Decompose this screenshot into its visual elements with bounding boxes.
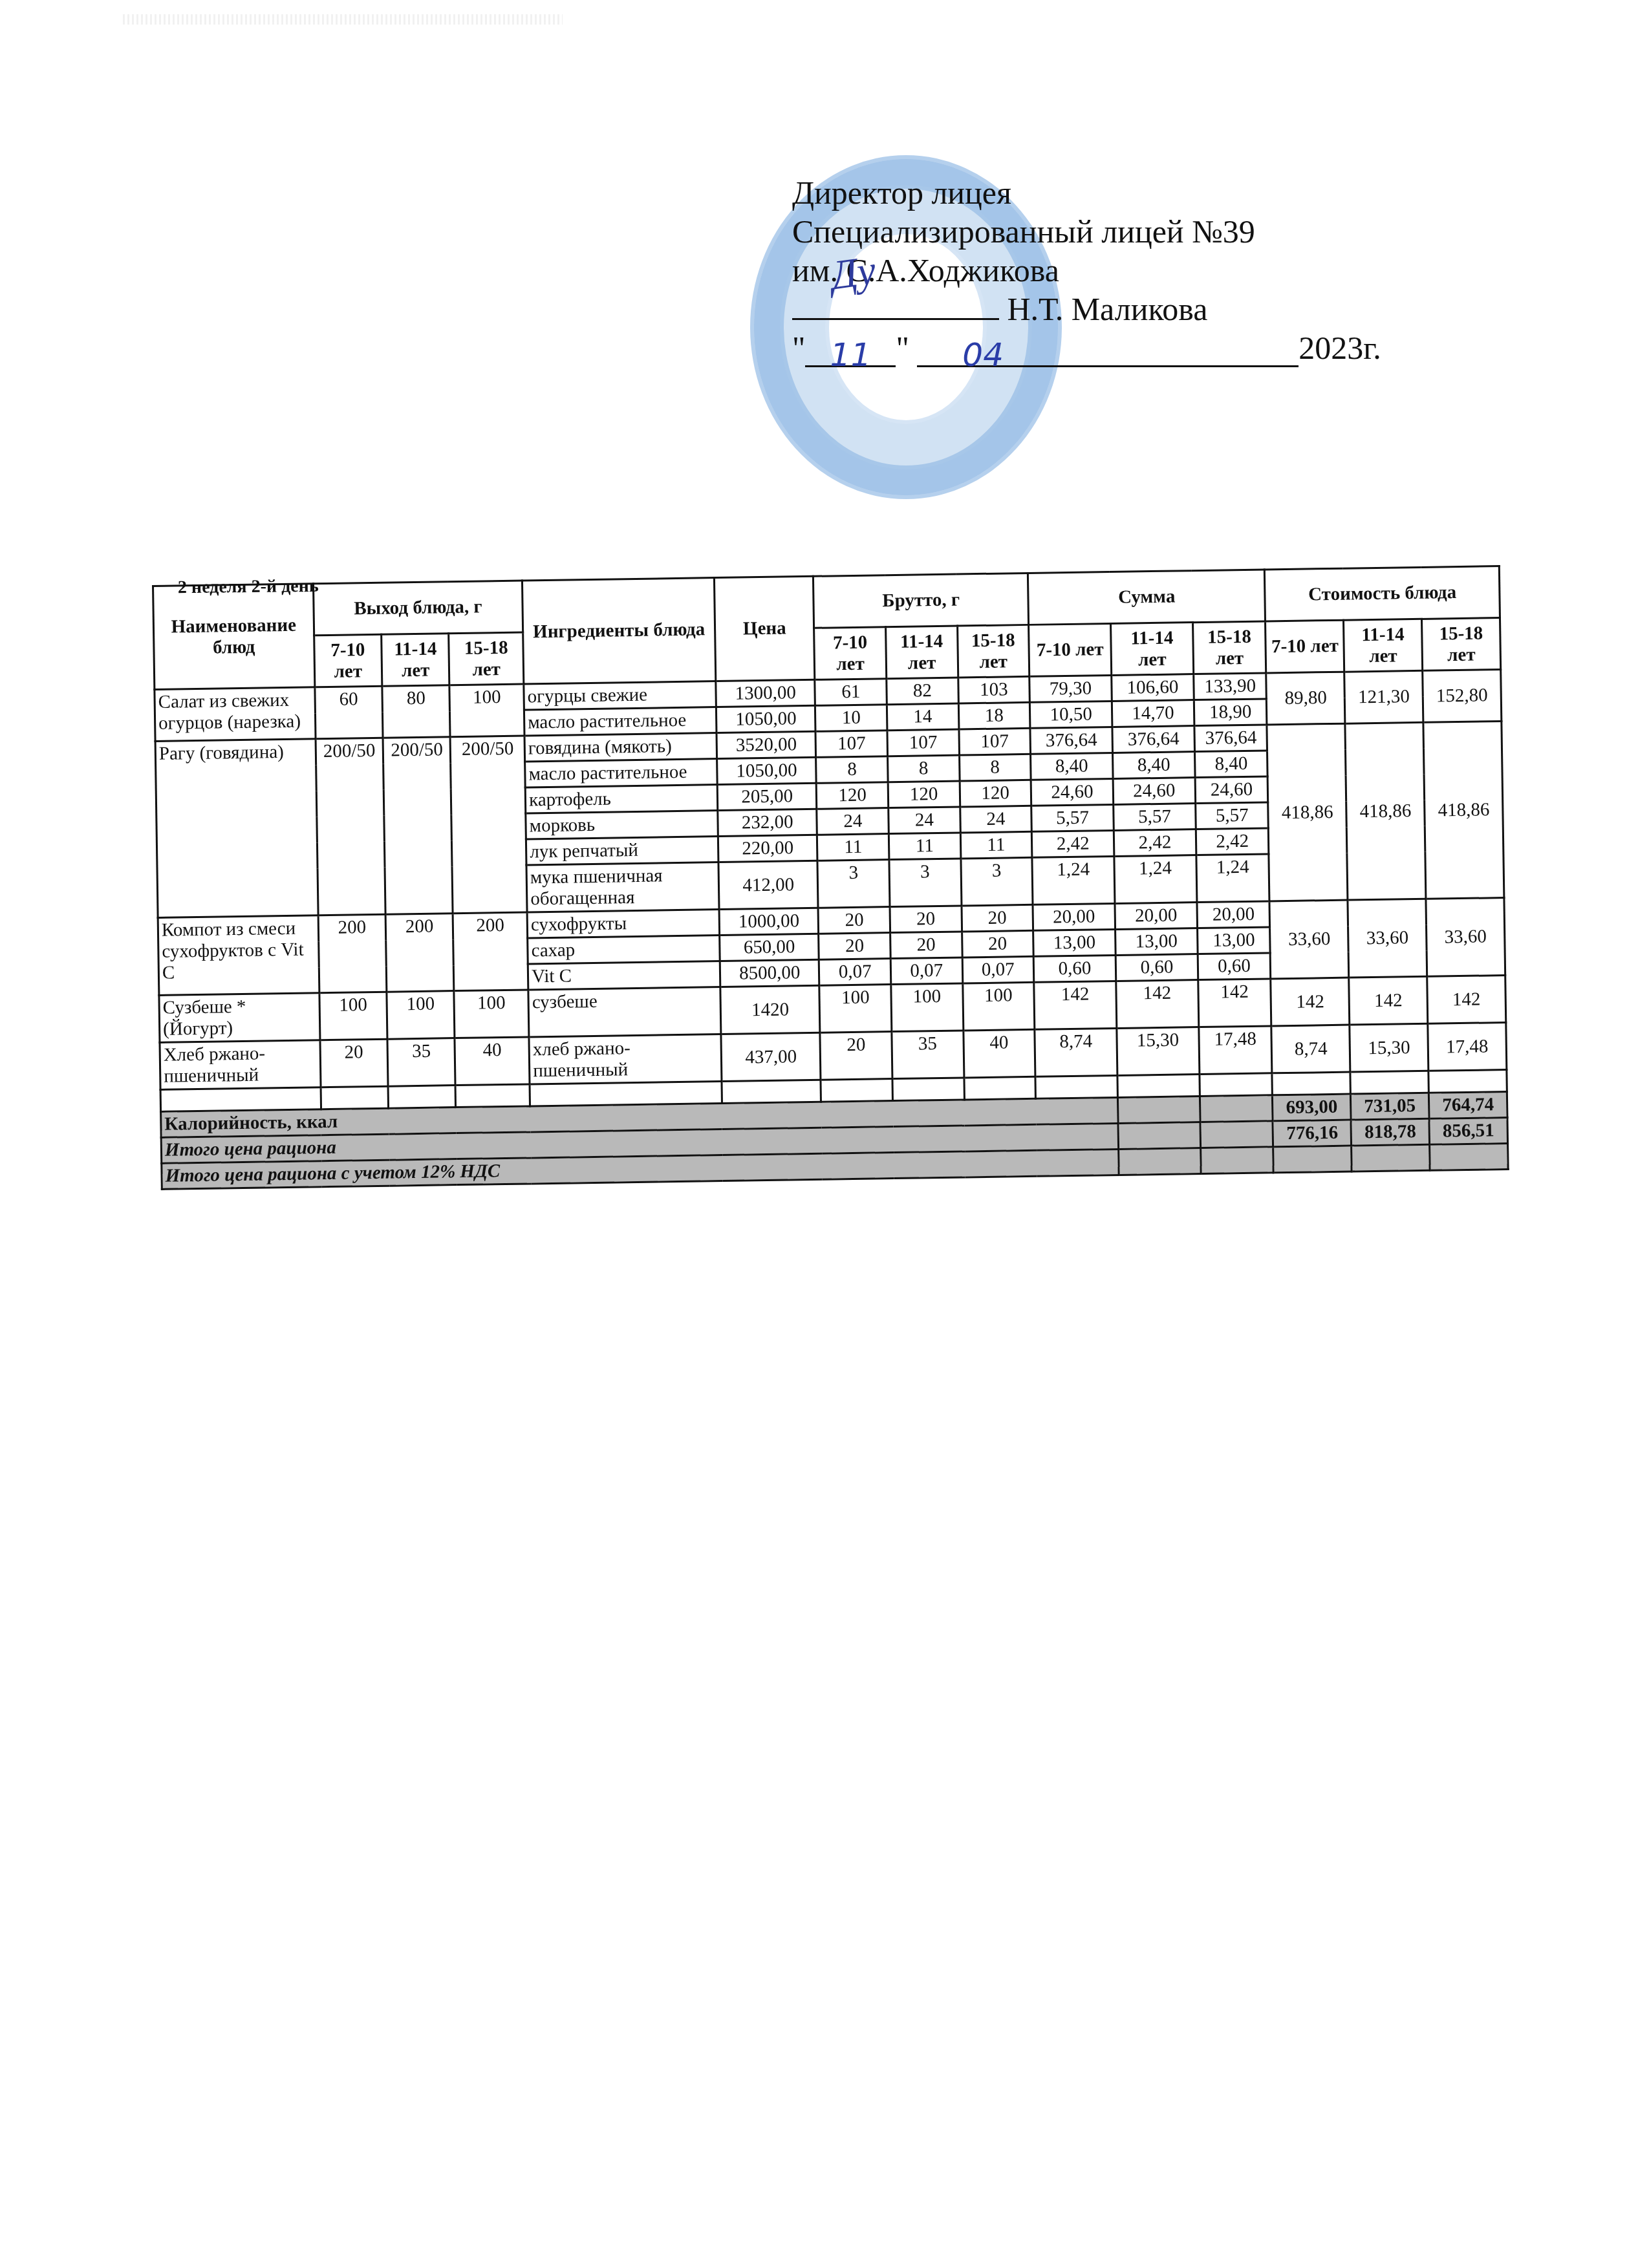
ingredient-price: 232,00 — [718, 809, 817, 836]
empty-cell — [530, 1082, 722, 1106]
empty-cell — [321, 1086, 389, 1109]
ingredient-sum: 13,00 — [1197, 927, 1270, 954]
ingredient-sum: 24,60 — [1031, 778, 1113, 806]
ingredient-sum: 0,60 — [1033, 955, 1115, 982]
totals-value: 856,51 — [1429, 1117, 1508, 1144]
dish-yield: 200 — [318, 914, 387, 993]
ingredient-name: мука пшеничная обогащенная — [526, 862, 719, 912]
dish-name: Сузбеше *(Йогурт) — [159, 993, 320, 1043]
ingredient-price: 650,00 — [720, 934, 819, 961]
ingredient-brutto: 20 — [962, 904, 1033, 932]
ingredient-name: сахар — [528, 936, 720, 964]
empty-cell — [1119, 1148, 1201, 1175]
approval-named-after: им. С.А.Ходжикова — [792, 251, 1381, 290]
ingredient-sum: 2,42 — [1031, 830, 1114, 857]
header-sum: Сумма — [1028, 570, 1266, 625]
empty-cell — [1117, 1075, 1200, 1098]
ingredient-price: 205,00 — [717, 783, 817, 810]
ingredient-brutto: 120 — [960, 780, 1031, 807]
dish-cost: 142 — [1349, 976, 1428, 1025]
date-month-field: 04 — [917, 336, 1299, 367]
ingredient-brutto: 20 — [962, 930, 1033, 957]
ingredient-sum: 5,57 — [1031, 804, 1114, 831]
dish-cost: 17,48 — [1428, 1023, 1507, 1071]
header-age-group: 7-10 лет — [314, 634, 382, 687]
dish-cost: 142 — [1427, 976, 1506, 1024]
ingredient-price: 220,00 — [718, 835, 817, 862]
ingredient-price: 1000,00 — [719, 908, 819, 935]
date-month: 04 — [962, 336, 1004, 374]
totals-value: 818,78 — [1351, 1118, 1429, 1146]
ingredient-brutto: 11 — [960, 831, 1032, 859]
ingredient-sum: 20,00 — [1115, 903, 1197, 930]
header-age-group: 11-14 лет — [886, 626, 958, 679]
ingredient-sum: 20,00 — [1033, 903, 1115, 930]
ingredient-brutto: 0,07 — [962, 956, 1034, 983]
dish-yield: 100 — [454, 990, 529, 1038]
ingredient-brutto: 24 — [960, 806, 1031, 833]
date-year: 2023г. — [1299, 330, 1381, 366]
dish-yield: 40 — [455, 1037, 530, 1086]
ingredient-sum: 142 — [1198, 979, 1272, 1027]
date-day-field: 11 — [805, 336, 896, 367]
ingredient-name: Vit C — [528, 961, 720, 990]
ingredient-brutto: 100 — [891, 983, 964, 1032]
empty-cell — [1200, 1121, 1273, 1148]
ingredient-brutto: 20 — [890, 906, 962, 933]
header-age-group: 15-18 лет — [1192, 621, 1266, 674]
date-quote-open: " — [792, 330, 805, 366]
ingredient-brutto: 24 — [817, 808, 889, 835]
ingredient-brutto: 20 — [890, 932, 962, 959]
date-quote-close: " — [896, 330, 909, 366]
ingredient-price: 1050,00 — [716, 705, 815, 733]
dish-yield: 200/50 — [316, 738, 385, 915]
ingredient-name: картофель — [525, 785, 717, 813]
ingredient-brutto: 120 — [888, 781, 960, 808]
ingredient-sum: 18,90 — [1194, 699, 1267, 726]
ingredient-sum: 8,40 — [1112, 752, 1194, 779]
ingredient-name: хлеб ржано-пшеничный — [529, 1034, 722, 1084]
ingredient-name: сухофрукты — [527, 910, 719, 938]
ingredient-price: 412,00 — [718, 861, 819, 909]
dish-cost: 15,30 — [1350, 1023, 1428, 1072]
dish-yield: 200 — [385, 914, 454, 992]
ingredient-brutto: 8 — [959, 754, 1031, 781]
ingredient-sum: 24,60 — [1195, 776, 1268, 804]
ingredient-sum: 1,24 — [1196, 854, 1270, 903]
dish-cost: 89,80 — [1266, 672, 1345, 725]
ingredient-sum: 8,40 — [1031, 753, 1113, 780]
empty-cell — [1118, 1122, 1200, 1150]
header-age-group: 11-14 лет — [382, 634, 450, 687]
empty-cell — [964, 1076, 1035, 1100]
dish-cost: 33,60 — [1426, 898, 1505, 977]
totals-value — [1273, 1146, 1352, 1173]
ingredient-brutto: 3 — [889, 859, 962, 907]
ingredient-sum: 2,42 — [1196, 828, 1269, 855]
dish-cost: 33,60 — [1348, 899, 1427, 978]
ingredient-brutto: 8 — [816, 756, 888, 784]
ingredient-brutto: 10 — [815, 705, 887, 732]
ingredient-sum: 5,57 — [1196, 802, 1269, 829]
header-ingredients: Ингредиенты блюда — [523, 578, 716, 684]
empty-cell — [1200, 1147, 1273, 1174]
dish-name: Салат из свежих огурцов (нарезка) — [155, 687, 316, 742]
ingredient-brutto: 82 — [887, 678, 958, 705]
totals-value: 693,00 — [1273, 1094, 1351, 1121]
signature: Ду — [828, 250, 878, 295]
dish-yield: 100 — [319, 992, 387, 1040]
dish-yield: 60 — [315, 686, 383, 739]
ingredient-price: 437,00 — [721, 1032, 821, 1081]
dish-cost: 8,74 — [1271, 1025, 1350, 1073]
empty-cell — [1200, 1073, 1273, 1097]
ingredient-name: лук репчатый — [526, 837, 718, 865]
totals-value — [1430, 1143, 1509, 1170]
ingredient-price: 8500,00 — [720, 959, 819, 987]
ingredient-brutto: 11 — [817, 834, 889, 861]
approval-organization: Специализированный лицей №39 — [792, 212, 1381, 251]
ingredient-brutto: 107 — [815, 731, 887, 758]
dish-yield: 100 — [449, 684, 524, 737]
ingredient-sum: 15,30 — [1117, 1027, 1200, 1076]
ingredient-sum: 133,90 — [1194, 673, 1267, 700]
ingredient-name: говядина (мякоть) — [524, 733, 717, 762]
totals-value: 731,05 — [1351, 1093, 1429, 1120]
ingredient-brutto: 61 — [815, 679, 887, 706]
scan-noise — [123, 14, 563, 25]
ingredient-sum: 142 — [1034, 981, 1117, 1029]
approval-block: Директор лицея Специализированный лицей … — [792, 173, 1381, 367]
ingredient-sum: 0,60 — [1115, 954, 1198, 981]
ingredient-sum: 376,64 — [1030, 727, 1112, 754]
ingredient-sum: 17,48 — [1199, 1026, 1273, 1075]
director-name: Н.Т. Маликова — [1008, 291, 1208, 327]
ingredient-brutto: 8 — [888, 755, 960, 782]
dish-cost: 142 — [1271, 978, 1350, 1026]
empty-cell — [1117, 1097, 1200, 1124]
ingredient-sum: 14,70 — [1112, 700, 1194, 727]
ingredient-sum: 8,40 — [1194, 751, 1267, 778]
totals-value — [1352, 1144, 1430, 1171]
dish-cost: 33,60 — [1269, 900, 1349, 979]
ingredient-brutto: 20 — [820, 1032, 892, 1080]
menu-table-wrapper: Наименование блюдВыход блюда, гИнгредиен… — [152, 565, 1509, 1190]
ingredient-brutto: 18 — [958, 702, 1030, 729]
ingredient-sum: 142 — [1116, 980, 1199, 1029]
dish-name: Хлеб ржано-пшеничный — [160, 1040, 321, 1090]
ingredient-brutto: 40 — [963, 1029, 1035, 1078]
ingredient-brutto: 100 — [962, 982, 1035, 1031]
header-price: Цена — [714, 576, 815, 681]
empty-cell — [892, 1078, 964, 1101]
ingredient-brutto: 103 — [958, 676, 1029, 703]
ingredient-sum: 1,24 — [1114, 855, 1197, 904]
header-dish-name: Наименование блюд — [153, 584, 315, 690]
dish-yield: 100 — [387, 991, 455, 1040]
ingredient-price: 1300,00 — [716, 679, 815, 707]
ingredient-sum: 106,60 — [1112, 674, 1194, 701]
ingredient-sum: 20,00 — [1197, 901, 1270, 928]
ingredient-name: огурцы свежие — [524, 681, 716, 710]
empty-cell — [160, 1087, 321, 1112]
ingredient-brutto: 35 — [892, 1031, 964, 1079]
ingredient-sum: 79,30 — [1029, 676, 1112, 703]
totals-value: 776,16 — [1273, 1120, 1351, 1147]
empty-cell — [1350, 1071, 1428, 1094]
empty-cell — [1428, 1070, 1507, 1093]
totals-value: 764,74 — [1428, 1092, 1507, 1119]
dish-cost: 418,86 — [1345, 722, 1426, 900]
dish-cost: 418,86 — [1267, 723, 1348, 901]
ingredient-brutto: 0,07 — [819, 959, 891, 986]
ingredient-name: сузбеше — [528, 987, 721, 1037]
ingredient-brutto: 0,07 — [890, 957, 962, 985]
ingredient-sum: 1,24 — [1032, 856, 1115, 904]
ingredient-sum: 8,74 — [1035, 1028, 1117, 1076]
ingredient-brutto: 20 — [818, 907, 890, 934]
dish-cost: 121,30 — [1344, 670, 1423, 723]
header-age-group: 15-18 лет — [957, 625, 1029, 678]
header-yield: Выход блюда, г — [313, 581, 523, 636]
ingredient-brutto: 14 — [887, 703, 958, 731]
ingredient-sum: 376,64 — [1194, 725, 1267, 752]
ingredient-brutto: 3 — [817, 860, 890, 908]
ingredient-brutto: 3 — [960, 857, 1033, 906]
signature-line: Ду — [792, 292, 999, 320]
ingredient-name: морковь — [526, 811, 718, 839]
approval-signature-row: Ду Н.Т. Маликова — [792, 290, 1381, 328]
menu-table: Наименование блюдВыход блюда, гИнгредиен… — [152, 565, 1509, 1190]
ingredient-brutto: 107 — [958, 728, 1030, 755]
dish-cost: 152,80 — [1423, 670, 1502, 723]
dish-name: Рагу (говядина) — [155, 739, 318, 918]
ingredient-brutto: 100 — [819, 985, 892, 1033]
header-age-group: 7-10 лет — [1266, 620, 1344, 673]
header-age-group: 7-10 лет — [814, 627, 887, 680]
ingredient-price: 1050,00 — [717, 757, 817, 784]
ingredient-sum: 24,60 — [1113, 778, 1195, 805]
ingredient-brutto: 20 — [819, 933, 890, 960]
header-age-group: 11-14 лет — [1111, 623, 1194, 676]
dish-yield: 80 — [382, 685, 451, 738]
ingredient-price: 3520,00 — [717, 731, 816, 758]
dish-yield: 200/50 — [451, 736, 528, 914]
approval-title: Директор лицея — [792, 173, 1381, 212]
ingredient-price: 1420 — [720, 985, 821, 1034]
ingredient-sum: 2,42 — [1114, 829, 1196, 857]
date-day: 11 — [830, 336, 872, 374]
ingredient-brutto: 24 — [889, 807, 960, 834]
ingredient-brutto: 11 — [889, 833, 960, 860]
ingredient-name: масло растительное — [525, 759, 717, 787]
approval-date-row: "11" 042023г. — [792, 328, 1381, 367]
header-age-group: 15-18 лет — [449, 632, 524, 685]
empty-cell — [388, 1086, 456, 1109]
ingredient-sum: 10,50 — [1029, 701, 1112, 729]
ingredient-sum: 5,57 — [1114, 804, 1196, 831]
empty-cell — [821, 1079, 892, 1102]
ingredient-sum: 13,00 — [1115, 928, 1198, 956]
empty-cell — [1272, 1072, 1350, 1095]
empty-cell — [455, 1084, 530, 1107]
dish-name: Компот из смеси сухофруктов с Vit C — [158, 915, 319, 996]
empty-cell — [1035, 1075, 1117, 1098]
ingredient-sum: 13,00 — [1033, 929, 1115, 956]
dish-cost: 418,86 — [1423, 722, 1504, 899]
dish-yield: 20 — [320, 1039, 388, 1087]
header-brutto: Брутто, г — [814, 573, 1029, 628]
header-age-group: 11-14 лет — [1344, 619, 1423, 672]
header-dish-cost: Стоимость блюда — [1265, 566, 1500, 621]
ingredient-sum: 0,60 — [1198, 953, 1271, 980]
ingredient-name: масло растительное — [524, 707, 717, 736]
header-age-group: 15-18 лет — [1422, 618, 1501, 671]
dish-yield: 35 — [387, 1038, 455, 1087]
empty-cell — [722, 1080, 821, 1103]
empty-cell — [1200, 1095, 1273, 1122]
ingredient-sum: 376,64 — [1112, 726, 1194, 753]
dish-yield: 200/50 — [383, 737, 453, 915]
ingredient-brutto: 107 — [887, 729, 959, 756]
header-age-group: 7-10 лет — [1029, 624, 1112, 677]
ingredient-brutto: 120 — [817, 782, 889, 809]
dish-yield: 200 — [453, 912, 528, 991]
